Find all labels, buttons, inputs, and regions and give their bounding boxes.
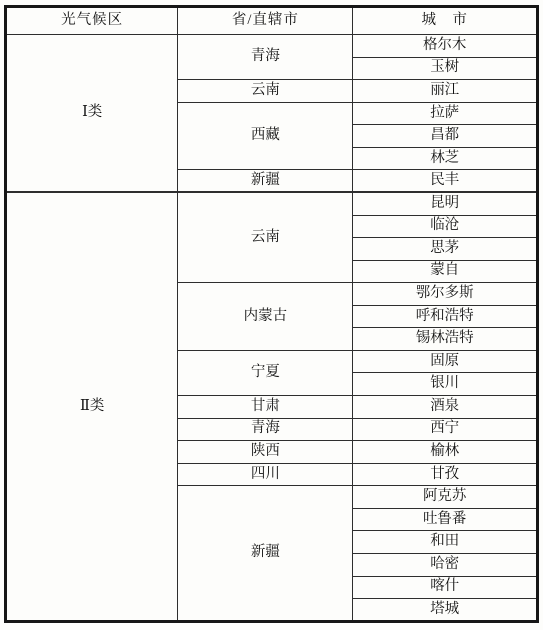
city-cell: 临沧 (353, 215, 538, 238)
city-cell: 西宁 (353, 418, 538, 441)
city-cell: 林芝 (353, 147, 538, 170)
province-cell: 新疆 (178, 170, 353, 193)
light-climate-zone-table: 光气候区 省/直辖市 城 市 Ⅰ类 青海 格尔木 玉树 云南 丽江 西藏 拉萨 (4, 5, 539, 623)
city-cell: 阿克苏 (353, 486, 538, 509)
city-cell: 思茅 (353, 238, 538, 261)
header-cell-zone: 光气候区 (6, 7, 178, 35)
city-cell: 榆林 (353, 441, 538, 464)
table-row: Ⅱ类 云南 昆明 (6, 192, 538, 215)
province-cell: 四川 (178, 463, 353, 486)
city-cell: 锡林浩特 (353, 328, 538, 351)
province-cell: 陕西 (178, 441, 353, 464)
province-cell: 内蒙古 (178, 283, 353, 351)
province-cell: 西藏 (178, 102, 353, 170)
province-cell: 云南 (178, 80, 353, 103)
zone-cell: Ⅱ类 (6, 192, 178, 621)
province-cell: 宁夏 (178, 350, 353, 395)
province-cell: 甘肃 (178, 396, 353, 419)
city-cell: 丽江 (353, 80, 538, 103)
city-cell: 昆明 (353, 192, 538, 215)
header-cell-city: 城 市 (353, 7, 538, 35)
city-cell: 固原 (353, 350, 538, 373)
city-cell: 塔城 (353, 599, 538, 622)
city-cell: 呼和浩特 (353, 305, 538, 328)
document-page: 光气候区 省/直辖市 城 市 Ⅰ类 青海 格尔木 玉树 云南 丽江 西藏 拉萨 (0, 0, 543, 630)
header-row: 光气候区 省/直辖市 城 市 (6, 7, 538, 35)
province-cell: 新疆 (178, 486, 353, 622)
city-cell: 民丰 (353, 170, 538, 193)
province-cell: 云南 (178, 192, 353, 282)
province-cell: 青海 (178, 35, 353, 80)
city-cell: 吐鲁番 (353, 508, 538, 531)
table-row: Ⅰ类 青海 格尔木 (6, 35, 538, 58)
city-cell: 和田 (353, 531, 538, 554)
city-cell: 甘孜 (353, 463, 538, 486)
city-cell: 银川 (353, 373, 538, 396)
province-cell: 青海 (178, 418, 353, 441)
city-cell: 鄂尔多斯 (353, 283, 538, 306)
city-cell: 喀什 (353, 576, 538, 599)
city-cell: 玉树 (353, 57, 538, 80)
city-cell: 哈密 (353, 553, 538, 576)
city-cell: 格尔木 (353, 35, 538, 58)
city-cell: 昌都 (353, 125, 538, 148)
city-cell: 蒙自 (353, 260, 538, 283)
zone-cell: Ⅰ类 (6, 35, 178, 193)
city-cell: 拉萨 (353, 102, 538, 125)
header-cell-province: 省/直辖市 (178, 7, 353, 35)
city-cell: 酒泉 (353, 396, 538, 419)
